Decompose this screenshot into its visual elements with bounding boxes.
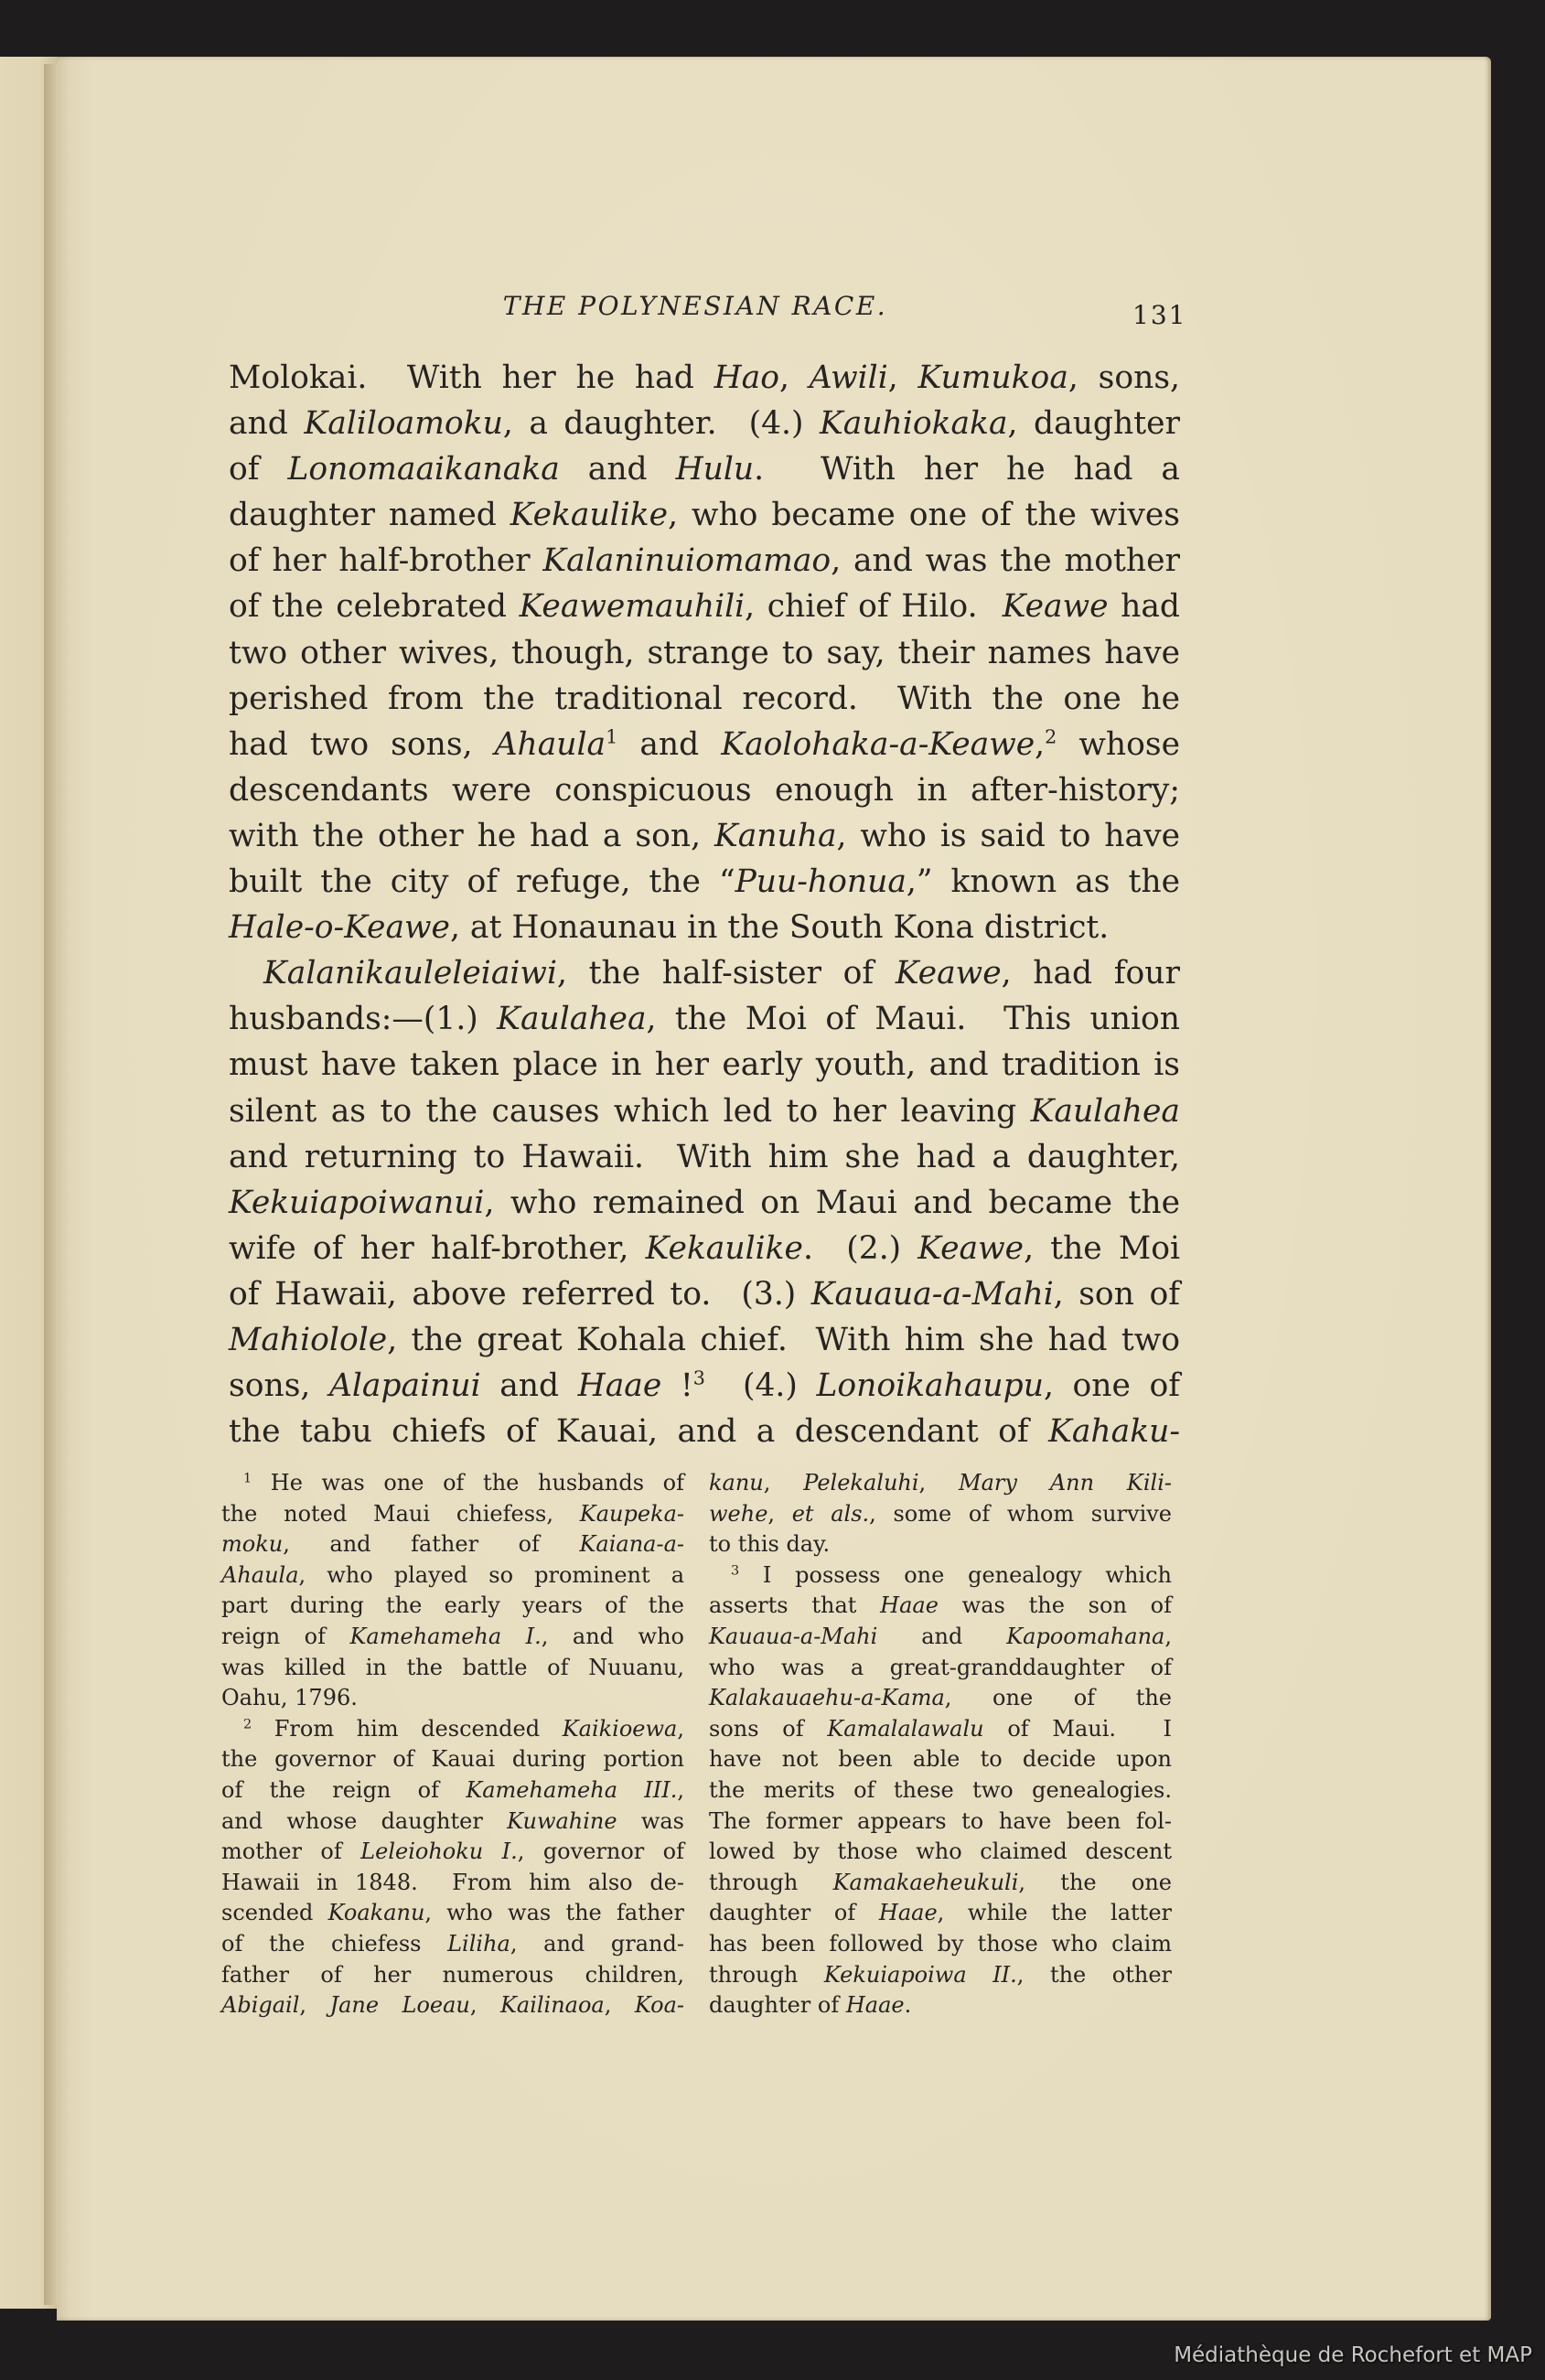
footnote-line: of the chiefess Liliha, and grand- xyxy=(221,1929,684,1960)
text-run: , xyxy=(767,1501,791,1527)
italic-name: Kaulahea xyxy=(1031,1093,1180,1130)
text-run: , at Honaunau in the South Kona district… xyxy=(450,909,1109,946)
italic-name: Awili xyxy=(810,359,888,396)
text-run: , who remained on Maui and became the xyxy=(484,1185,1180,1221)
page-gutter xyxy=(44,64,59,2305)
footnote-reference: 1 xyxy=(606,725,617,747)
text-run: , xyxy=(888,359,918,396)
italic-name: Kauaua-a-Mahi xyxy=(811,1276,1054,1313)
body-line: had two sons, Ahaula1 and Kaolohaka-a-Ke… xyxy=(229,722,1180,767)
italic-name: Kaikioewa xyxy=(563,1716,678,1742)
text-run: , sons, xyxy=(1068,359,1180,396)
italic-name: Hulu xyxy=(676,451,755,488)
text-run: wife of her half-brother, xyxy=(229,1230,646,1267)
text-run: of the celebrated xyxy=(229,588,520,625)
italic-name: Kamalalawalu xyxy=(827,1716,983,1742)
text-run: and xyxy=(617,726,721,763)
text-run: asserts that xyxy=(709,1592,880,1618)
italic-name: Kamehameha I. xyxy=(350,1624,542,1649)
italic-name: kanu xyxy=(709,1470,764,1496)
italic-name: Haae xyxy=(846,1992,905,2018)
text-run: , xyxy=(677,1777,684,1803)
italic-name: Kaupeka- xyxy=(580,1501,684,1527)
text-run: , xyxy=(299,1992,329,2018)
footnote-line: Abigail, Jane Loeau, Kailinaoa, Koa- xyxy=(221,1990,684,2021)
italic-name: Hao xyxy=(714,359,779,396)
body-line: the tabu chiefs of Kauai, and a descenda… xyxy=(229,1409,1180,1454)
text-run: daughter named xyxy=(229,497,510,533)
text-run: , and grand- xyxy=(510,1931,684,1957)
italic-name: Jane Loeau xyxy=(329,1992,469,2018)
italic-name: Ahaula xyxy=(221,1562,299,1588)
italic-name: Kalaninuiomamao xyxy=(542,542,831,579)
italic-name: Kauaua-a-Mahi xyxy=(709,1624,877,1649)
footnote-line: has been followed by those who claim xyxy=(709,1929,1172,1960)
text-run: . xyxy=(905,1992,912,2018)
italic-name: Kekaulike xyxy=(510,497,668,533)
text-run: perished from the traditional record. Wi… xyxy=(229,681,1180,717)
italic-name: Kekuiapoiwa II. xyxy=(824,1962,1017,1988)
text-run: and xyxy=(481,1367,578,1404)
text-run: , the great Kohala chief. With him she h… xyxy=(387,1322,1180,1358)
text-run: and xyxy=(229,405,304,442)
italic-name: Leleiohoku I. xyxy=(360,1839,518,1864)
text-run: , xyxy=(919,1470,960,1496)
italic-name: Alapainui xyxy=(329,1367,481,1404)
footnote-line: through Kamakaeheukuli, the one xyxy=(709,1868,1172,1899)
italic-name: Kekuiapoiwanui xyxy=(229,1185,484,1221)
main-body-text: Molokai. With her he had Hao, Awili, Kum… xyxy=(229,355,1180,1454)
text-run: , some of whom survive xyxy=(869,1501,1172,1527)
text-run: , and was the mother xyxy=(831,542,1180,579)
italic-name: Kailinaoa xyxy=(500,1992,605,2018)
body-line: descendants were conspicuous enough in a… xyxy=(229,767,1180,813)
italic-name: Hale-o-Keawe xyxy=(229,909,450,946)
body-line: silent as to the causes which led to her… xyxy=(229,1088,1180,1134)
text-run: was xyxy=(617,1808,684,1834)
body-line: husbands:—(1.) Kaulahea, the Moi of Maui… xyxy=(229,996,1180,1042)
italic-name: et als. xyxy=(792,1501,869,1527)
text-run: , son of xyxy=(1054,1276,1180,1313)
text-run: sons, xyxy=(229,1367,329,1404)
body-line: of her half-brother Kalaninuiomamao, and… xyxy=(229,538,1180,584)
text-run: was killed in the battle of Nuuanu, xyxy=(221,1655,684,1680)
text-run: (4.) xyxy=(705,1367,817,1404)
text-run: Molokai. With her he had xyxy=(229,359,714,396)
footnote-line: father of her numerous children, xyxy=(221,1960,684,1991)
footnote-reference: 2 xyxy=(243,1717,252,1731)
footnote-line: Hawaii in 1848. From him also de- xyxy=(221,1868,684,1899)
text-run: . (2.) xyxy=(803,1230,917,1267)
italic-name: Kahaku- xyxy=(1048,1413,1180,1450)
italic-name: Mary Ann Kili- xyxy=(959,1470,1172,1496)
text-run: was the son of xyxy=(939,1592,1172,1618)
italic-name: Kumukoa xyxy=(917,359,1068,396)
text-run: ,” known as the xyxy=(907,863,1180,900)
footnote-line: kanu, Pelekaluhi, Mary Ann Kili- xyxy=(709,1468,1172,1499)
footnote-line: Kauaua-a-Mahi and Kapoomahana, xyxy=(709,1622,1172,1653)
footnote-line: reign of Kamehameha I., and who xyxy=(221,1622,684,1653)
text-run: who was a great-granddaughter of xyxy=(709,1655,1172,1680)
text-run: mother of xyxy=(221,1839,360,1864)
italic-name: Keawe xyxy=(1003,588,1109,625)
text-run: , the one xyxy=(1018,1870,1172,1895)
text-run: , the Moi of Maui. This union xyxy=(647,1001,1180,1037)
footnote-reference: 2 xyxy=(1045,725,1057,747)
italic-name: Kalakauaehu-a-Kama xyxy=(709,1685,945,1710)
text-run: , a daughter. (4.) xyxy=(503,405,820,442)
watermark: Médiathèque de Rochefort et MAP xyxy=(1174,2343,1532,2367)
italic-name: Abigail xyxy=(221,1992,299,2018)
text-run: , the other xyxy=(1017,1962,1172,1988)
text-run: , xyxy=(779,359,810,396)
text-run: of Hawaii, above referred to. (3.) xyxy=(229,1276,811,1313)
text-run: , the half-sister of xyxy=(557,955,896,992)
italic-name: Kaiana-a- xyxy=(579,1531,684,1557)
text-run: to this day. xyxy=(709,1531,830,1557)
text-run: has been followed by those who claim xyxy=(709,1931,1172,1957)
text-run: , who played so prominent a xyxy=(299,1562,684,1588)
text-run: of her half-brother xyxy=(229,542,542,579)
footnote-reference: 3 xyxy=(731,1563,739,1578)
footnote-reference: 1 xyxy=(243,1471,252,1485)
body-line: with the other he had a son, Kanuha, who… xyxy=(229,813,1180,859)
body-line: and Kaliloamoku, a daughter. (4.) Kauhio… xyxy=(229,401,1180,446)
italic-name: Kapoomahana xyxy=(1006,1624,1164,1649)
footnote-line: The former appears to have been fol- xyxy=(709,1806,1172,1838)
italic-name: moku xyxy=(221,1531,283,1557)
text-run: daughter of xyxy=(709,1900,879,1925)
text-run: , had four xyxy=(1002,955,1180,992)
text-run: whose xyxy=(1057,726,1180,763)
italic-name: wehe xyxy=(709,1501,767,1527)
text-run: I possess one genealogy which xyxy=(739,1562,1172,1588)
footnote-line: the governor of Kauai during portion xyxy=(221,1744,684,1775)
text-run: , xyxy=(470,1992,500,2018)
footnote-line: have not been able to decide upon xyxy=(709,1744,1172,1775)
body-line: Kekuiapoiwanui, who remained on Maui and… xyxy=(229,1180,1180,1226)
italic-name: Haae xyxy=(879,1900,938,1925)
body-line: Kalanikauleleiaiwi, the half-sister of K… xyxy=(229,950,1180,996)
footnote-line: Kalakauaehu-a-Kama, one of the xyxy=(709,1683,1172,1714)
italic-name: Kekaulike xyxy=(646,1230,803,1267)
text-run: the merits of these two genealogies. xyxy=(709,1777,1172,1803)
page-number: 131 xyxy=(1132,300,1186,330)
italic-name: Pelekaluhi xyxy=(803,1470,918,1496)
body-line: sons, Alapainui and Haae !3 (4.) Lonoika… xyxy=(229,1363,1180,1409)
body-line: and returning to Hawaii. With him she ha… xyxy=(229,1134,1180,1180)
italic-name: Koakanu xyxy=(328,1900,425,1925)
text-run: , xyxy=(764,1470,804,1496)
italic-name: Keawe xyxy=(917,1230,1024,1267)
text-run: husbands:—(1.) xyxy=(229,1001,497,1037)
body-line: perished from the traditional record. Wi… xyxy=(229,676,1180,722)
body-line: Molokai. With her he had Hao, Awili, Kum… xyxy=(229,355,1180,401)
text-run: daughter of xyxy=(709,1992,846,2018)
italic-name: Liliha xyxy=(447,1931,510,1957)
text-run: , who was the father xyxy=(424,1900,684,1925)
footnote-reference: 3 xyxy=(693,1367,705,1389)
body-line: daughter named Kekaulike, who became one… xyxy=(229,492,1180,538)
text-run: built the city of refuge, the “ xyxy=(229,863,735,900)
footnote-line: part during the early years of the xyxy=(221,1591,684,1622)
text-run: reign of xyxy=(221,1624,350,1649)
text-run: , xyxy=(1035,726,1045,763)
footnote-line: sons of Kamalalawalu of Maui. I xyxy=(709,1714,1172,1745)
footnote-line: to this day. xyxy=(709,1529,1172,1560)
text-run: . With her he had a xyxy=(754,451,1180,488)
text-run: of xyxy=(229,451,288,488)
text-run: through xyxy=(709,1962,824,1988)
text-run: the tabu chiefs of Kauai, and a descenda… xyxy=(229,1413,1048,1450)
italic-name: Haae xyxy=(578,1367,662,1404)
text-run: , daughter xyxy=(1008,405,1180,442)
body-line: of Lonomaaikanaka and Hulu. With her he … xyxy=(229,446,1180,492)
text-run: , xyxy=(1164,1624,1172,1649)
text-run: had two sons, xyxy=(229,726,495,763)
text-run: and xyxy=(877,1624,1006,1649)
body-line: two other wives, though, strange to say,… xyxy=(229,630,1180,676)
footnote-line: of the reign of Kamehameha III., xyxy=(221,1775,684,1806)
text-run: , while the latter xyxy=(938,1900,1172,1925)
footnote-line: 2 From him descended Kaikioewa, xyxy=(221,1714,684,1745)
italic-name: Lonomaaikanaka xyxy=(288,451,560,488)
text-run: father of her numerous children, xyxy=(221,1962,684,1988)
text-run: Hawaii in 1848. From him also de- xyxy=(221,1870,684,1895)
footnote-line: daughter of Haae. xyxy=(709,1990,1172,2021)
footnote-line: who was a great-granddaughter of xyxy=(709,1653,1172,1684)
footnote-line: and whose daughter Kuwahine was xyxy=(221,1806,684,1838)
text-run: scended xyxy=(221,1900,328,1925)
text-run: the noted Maui chiefess, xyxy=(221,1501,580,1527)
text-run: , who is said to have xyxy=(837,818,1180,854)
footnote-line: 3 I possess one genealogy which xyxy=(709,1560,1172,1592)
body-line: of Hawaii, above referred to. (3.) Kauau… xyxy=(229,1271,1180,1317)
text-run: sons of xyxy=(709,1716,827,1742)
text-run: , xyxy=(677,1716,684,1742)
text-run: Oahu, 1796. xyxy=(221,1685,358,1710)
text-run: descendants were conspicuous enough in a… xyxy=(229,772,1180,809)
italic-name: Kauhiokaka xyxy=(820,405,1008,442)
body-line: built the city of refuge, the “Puu-honua… xyxy=(229,859,1180,905)
text-run: , one of xyxy=(1044,1367,1180,1404)
italic-name: Koa- xyxy=(635,1992,684,2018)
text-run: must have taken place in her early youth… xyxy=(229,1046,1180,1083)
italic-name: Kamakaeheukuli xyxy=(833,1870,1019,1895)
body-line: Mahiolole, the great Kohala chief. With … xyxy=(229,1317,1180,1363)
footnote-line: wehe, et als., some of whom survive xyxy=(709,1499,1172,1530)
italic-name: Keawemauhili xyxy=(520,588,746,625)
text-run: lowed by those who claimed descent xyxy=(709,1839,1172,1864)
italic-name: Haae xyxy=(880,1592,939,1618)
italic-name: Kaolohaka-a-Keawe xyxy=(721,726,1035,763)
italic-name: Puu-honua xyxy=(735,863,907,900)
footnote-line: 1 He was one of the husbands of xyxy=(221,1468,684,1499)
italic-name: Kalanikauleleiaiwi xyxy=(263,955,557,992)
text-run: ! xyxy=(661,1367,692,1404)
footnote-line: Oahu, 1796. xyxy=(221,1683,684,1714)
text-run: of the chiefess xyxy=(221,1931,447,1957)
body-line: of the celebrated Keawemauhili, chief of… xyxy=(229,584,1180,629)
italic-name: Lonoikahaupu xyxy=(816,1367,1044,1404)
text-run: From him descended xyxy=(252,1716,563,1742)
body-line: must have taken place in her early youth… xyxy=(229,1042,1180,1088)
text-run: , governor of xyxy=(518,1839,684,1864)
footnote-line: moku, and father of Kaiana-a- xyxy=(221,1529,684,1560)
text-run: , chief of Hilo. xyxy=(745,588,1003,625)
footnote-line: daughter of Haae, while the latter xyxy=(709,1898,1172,1929)
italic-name: Mahiolole xyxy=(229,1322,387,1358)
footnotes-left-column: 1 He was one of the husbands ofthe noted… xyxy=(221,1468,684,2021)
footnote-line: was killed in the battle of Nuuanu, xyxy=(221,1653,684,1684)
text-run: have not been able to decide upon xyxy=(709,1746,1172,1772)
text-run: The former appears to have been fol- xyxy=(709,1808,1172,1834)
italic-name: Kuwahine xyxy=(507,1808,617,1834)
text-run: had xyxy=(1109,588,1180,625)
text-run: , xyxy=(605,1992,635,2018)
text-run: He was one of the husbands of xyxy=(252,1470,684,1496)
footnotes-right-column: kanu, Pelekaluhi, Mary Ann Kili-wehe, et… xyxy=(709,1468,1172,2021)
italic-name: Ahaula xyxy=(495,726,606,763)
italic-name: Kanuha xyxy=(714,818,837,854)
footnote-line: asserts that Haae was the son of xyxy=(709,1591,1172,1622)
body-line: wife of her half-brother, Kekaulike. (2.… xyxy=(229,1226,1180,1271)
text-run: with the other he had a son, xyxy=(229,818,714,854)
footnote-line: Ahaula, who played so prominent a xyxy=(221,1560,684,1592)
italic-name: Kamehameha III. xyxy=(466,1777,677,1803)
text-run: , the Moi xyxy=(1024,1230,1180,1267)
italic-name: Keawe xyxy=(896,955,1002,992)
text-run: part during the early years of the xyxy=(221,1592,684,1618)
text-run: of Maui. I xyxy=(984,1716,1172,1742)
text-run: of the reign of xyxy=(221,1777,466,1803)
text-run: the governor of Kauai during portion xyxy=(221,1746,684,1772)
running-header: THE POLYNESIAN RACE. xyxy=(421,291,970,321)
footnote-line: through Kekuiapoiwa II., the other xyxy=(709,1960,1172,1991)
text-run: , and who xyxy=(542,1624,684,1649)
text-run: and whose daughter xyxy=(221,1808,507,1834)
italic-name: Kaliloamoku xyxy=(304,405,502,442)
text-run: two other wives, though, strange to say,… xyxy=(229,635,1180,671)
body-line: Hale-o-Keawe, at Honaunau in the South K… xyxy=(229,905,1180,950)
footnote-line: mother of Leleiohoku I., governor of xyxy=(221,1837,684,1868)
footnote-line: the noted Maui chiefess, Kaupeka- xyxy=(221,1499,684,1530)
italic-name: Kaulahea xyxy=(497,1001,646,1037)
text-run: , one of the xyxy=(945,1685,1172,1710)
text-run: silent as to the causes which led to her… xyxy=(229,1093,1031,1130)
footnote-line: scended Koakanu, who was the father xyxy=(221,1898,684,1929)
text-run: and xyxy=(560,451,676,488)
footnote-line: lowed by those who claimed descent xyxy=(709,1837,1172,1868)
text-run: , and father of xyxy=(283,1531,579,1557)
footnote-line: the merits of these two genealogies. xyxy=(709,1775,1172,1806)
text-run: , who became one of the wives xyxy=(668,497,1180,533)
text-run: through xyxy=(709,1870,833,1895)
text-run: and returning to Hawaii. With him she ha… xyxy=(229,1139,1180,1175)
